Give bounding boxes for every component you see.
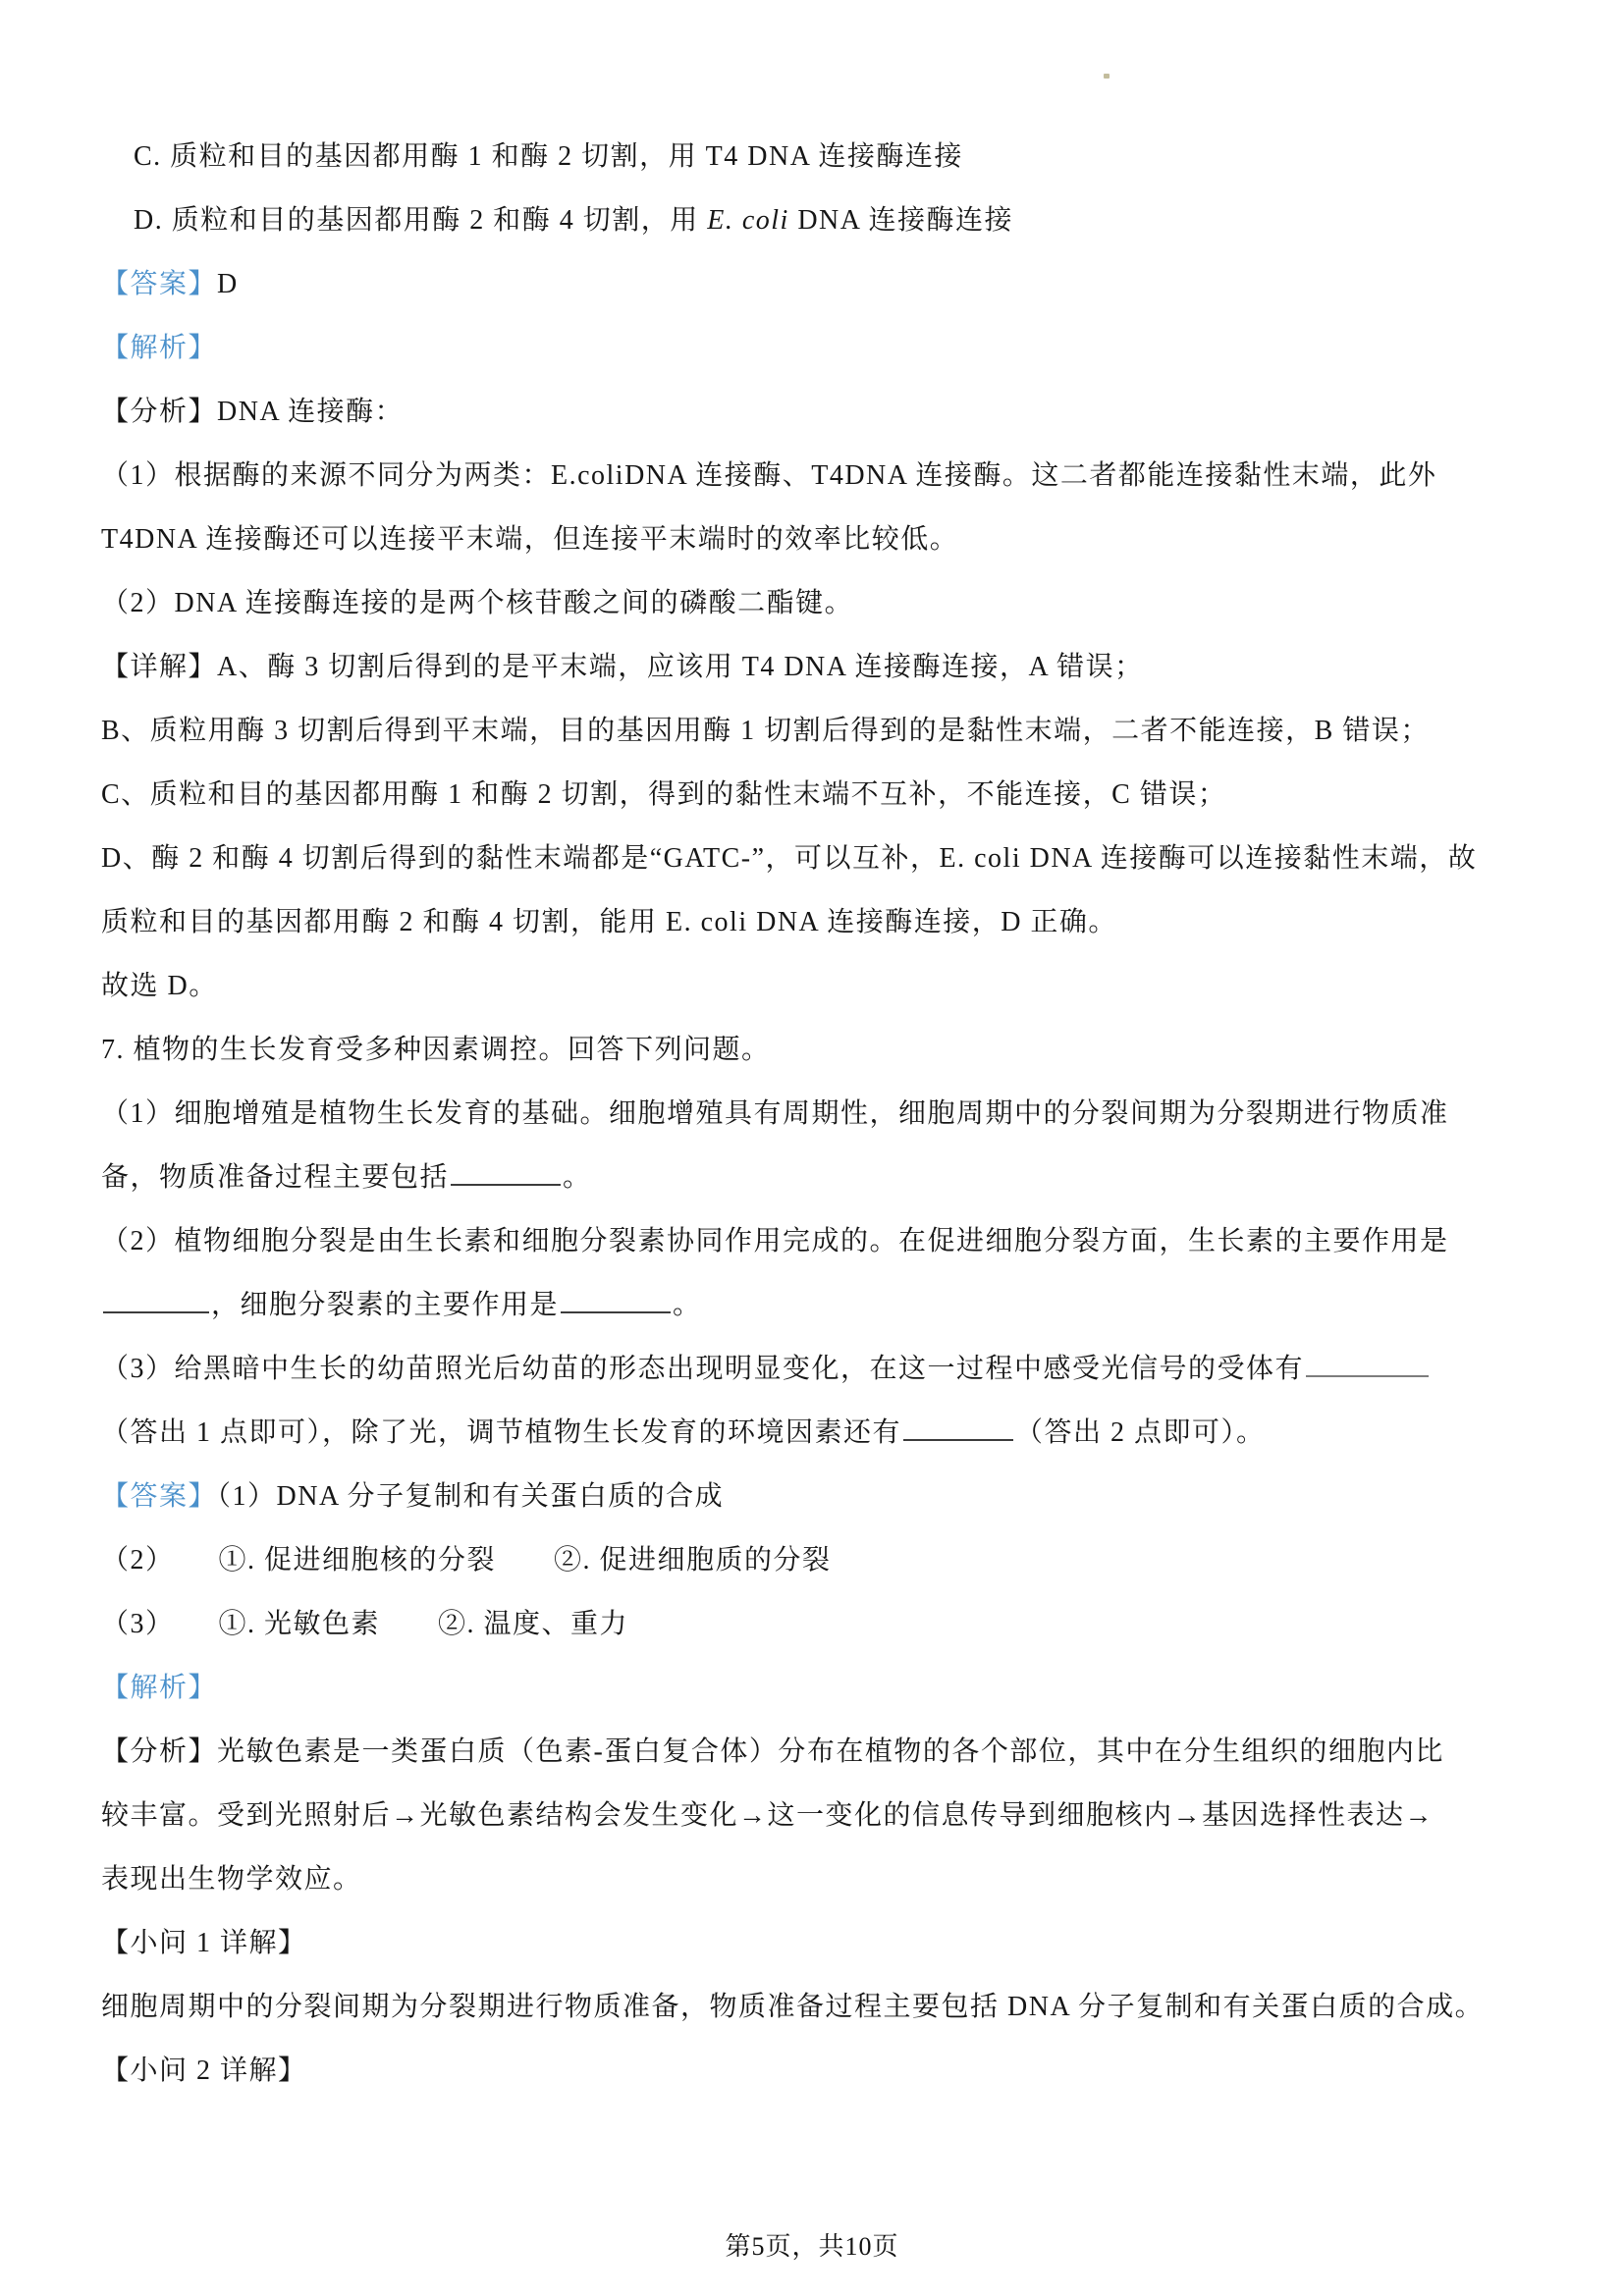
answer-marker-line: 【答案】D <box>101 252 1526 316</box>
q7-part2-cont-line: ，细胞分裂素的主要作用是。 <box>101 1273 1526 1337</box>
q7-part1-cont-line: 备，物质准备过程主要包括。 <box>101 1146 1526 1209</box>
answer-blank <box>561 1308 671 1313</box>
text-segment: （1）根据酶的来源不同分为两类：E.coliDNA 连接酶、T4DNA 连接酶。… <box>101 460 1436 491</box>
analysis-point1-cont-line: T4DNA 连接酶还可以连接平末端，但连接平末端时的效率比较低。 <box>101 507 1526 571</box>
text-segment: （1）DNA 分子复制和有关蛋白质的合成 <box>217 1481 724 1512</box>
text-segment: E. coli <box>707 205 789 236</box>
text-segment: 【分析】光敏色素是一类蛋白质（色素-蛋白复合体）分布在植物的各个部位，其中在分生… <box>101 1736 1444 1767</box>
q7-analysis-cont2-line: 表现出生物学效应。 <box>101 1847 1526 1911</box>
text-segment: D、酶 2 和酶 4 切割后得到的黏性末端都是“GATC-”，可以互补，E. c… <box>101 843 1477 874</box>
document-body: C. 质粒和目的基因都用酶 1 和酶 2 切割，用 T4 DNA 连接酶连接D.… <box>101 125 1526 2103</box>
detail-c-line: C、质粒和目的基因都用酶 1 和酶 2 切割，得到的黏性末端不互补，不能连接，C… <box>101 763 1526 827</box>
q7-answer3-line: （3） ①. 光敏色素 ②. 温度、重力 <box>101 1592 1526 1656</box>
text-segment: 细胞周期中的分裂间期为分裂期进行物质准备，物质准备过程主要包括 DNA 分子复制… <box>101 1992 1484 2022</box>
text-segment: （答出 2 点即可）。 <box>1015 1417 1266 1448</box>
text-segment: 故选 D。 <box>101 971 218 1001</box>
page: { "page": { "footer": "第5页，共10页", "accen… <box>0 0 1624 2296</box>
text-segment: （3）给黑暗中生长的幼苗照光后幼苗的形态出现明显变化，在这一过程中感受光信号的受… <box>101 1354 1304 1384</box>
text-segment: B、质粒用酶 3 切割后得到平末端，目的基因用酶 1 切割后得到的是黏性末端，二… <box>101 716 1430 746</box>
text-segment: D <box>217 269 239 299</box>
q7-part3-line: （3）给黑暗中生长的幼苗照光后幼苗的形态出现明显变化，在这一过程中感受光信号的受… <box>101 1337 1526 1401</box>
q7-part2-line: （2）植物细胞分裂是由生长素和细胞分裂素协同作用完成的。在促进细胞分裂方面，生长… <box>101 1209 1526 1273</box>
q7-analysis-cont1-line: 较丰富。受到光照射后→光敏色素结构会发生变化→这一变化的信息传导到细胞核内→基因… <box>101 1784 1526 1847</box>
analysis-marker-line: 【解析】 <box>101 316 1526 380</box>
text-segment: DNA 连接酶连接 <box>789 205 1013 236</box>
answer-blank <box>451 1180 561 1186</box>
text-segment: 【小问 2 详解】 <box>101 2056 307 2086</box>
q7-answer2-line: （2） ①. 促进细胞核的分裂 ②. 促进细胞质的分裂 <box>101 1528 1526 1592</box>
marker-label: 【答案】 <box>101 269 217 299</box>
text-segment: （2） ①. 促进细胞核的分裂 ②. 促进细胞质的分裂 <box>101 1545 832 1575</box>
detail-a-line: 【详解】A、酶 3 切割后得到的是平末端，应该用 T4 DNA 连接酶连接，A … <box>101 635 1526 699</box>
option-d-line: D. 质粒和目的基因都用酶 2 和酶 4 切割，用 E. coli DNA 连接… <box>101 188 1526 252</box>
analysis-point1-line: （1）根据酶的来源不同分为两类：E.coliDNA 连接酶、T4DNA 连接酶。… <box>101 444 1526 507</box>
analysis-point2-line: （2）DNA 连接酶连接的是两个核苷酸之间的磷酸二酯键。 <box>101 571 1526 635</box>
q7-part3-cont-line: （答出 1 点即可），除了光，调节植物生长发育的环境因素还有（答出 2 点即可）… <box>101 1401 1526 1465</box>
subq1-detail-line: 细胞周期中的分裂间期为分裂期进行物质准备，物质准备过程主要包括 DNA 分子复制… <box>101 1975 1526 2039</box>
text-segment: 表现出生物学效应。 <box>101 1864 362 1895</box>
option-c-line: C. 质粒和目的基因都用酶 1 和酶 2 切割，用 T4 DNA 连接酶连接 <box>101 125 1526 188</box>
text-segment: （2）植物细胞分裂是由生长素和细胞分裂素协同作用完成的。在促进细胞分裂方面，生长… <box>101 1226 1449 1256</box>
text-segment: D. 质粒和目的基因都用酶 2 和酶 4 切割，用 <box>134 205 707 236</box>
q7-answer-line: 【答案】（1）DNA 分子复制和有关蛋白质的合成 <box>101 1465 1526 1528</box>
answer-blank <box>903 1435 1013 1441</box>
detail-d-line: D、酶 2 和酶 4 切割后得到的黏性末端都是“GATC-”，可以互补，E. c… <box>101 827 1526 890</box>
text-segment: 。 <box>563 1162 592 1193</box>
text-segment: 。 <box>673 1290 702 1320</box>
page-footer: 第5页，共10页 <box>0 2226 1624 2263</box>
text-segment: （2）DNA 连接酶连接的是两个核苷酸之间的磷酸二酯键。 <box>101 588 853 618</box>
text-segment: C、质粒和目的基因都用酶 1 和酶 2 切割，得到的黏性末端不互补，不能连接，C… <box>101 779 1226 810</box>
answer-blank <box>103 1308 209 1313</box>
q7-analysis-line: 【分析】光敏色素是一类蛋白质（色素-蛋白复合体）分布在植物的各个部位，其中在分生… <box>101 1720 1526 1784</box>
answer-blank <box>1306 1371 1429 1377</box>
marker-label: 【解析】 <box>101 333 217 363</box>
text-segment: ，细胞分裂素的主要作用是 <box>211 1290 559 1320</box>
detail-b-line: B、质粒用酶 3 切割后得到平末端，目的基因用酶 1 切割后得到的是黏性末端，二… <box>101 699 1526 763</box>
text-segment: 【分析】DNA 连接酶： <box>101 397 404 427</box>
text-segment: T4DNA 连接酶还可以连接平末端，但连接平末端时的效率比较低。 <box>101 524 958 555</box>
text-segment: 较丰富。受到光照射后→光敏色素结构会发生变化→这一变化的信息传导到细胞核内→基因… <box>101 1800 1434 1831</box>
detail-d-cont-line: 质粒和目的基因都用酶 2 和酶 4 切割，能用 E. coli DNA 连接酶连… <box>101 890 1526 954</box>
marker-label: 【解析】 <box>101 1673 217 1703</box>
question-7-stem-line: 7. 植物的生长发育受多种因素调控。回答下列问题。 <box>101 1018 1526 1082</box>
q7-part1-line: （1）细胞增殖是植物生长发育的基础。细胞增殖具有周期性，细胞周期中的分裂间期为分… <box>101 1082 1526 1146</box>
text-segment: 备，物质准备过程主要包括 <box>101 1162 449 1193</box>
text-segment: 【详解】A、酶 3 切割后得到的是平末端，应该用 T4 DNA 连接酶连接，A … <box>101 652 1144 682</box>
scan-artifact-dot <box>1104 74 1110 79</box>
subq1-detail-marker-line: 【小问 1 详解】 <box>101 1911 1526 1975</box>
subq2-detail-marker-line: 【小问 2 详解】 <box>101 2039 1526 2103</box>
text-segment: （答出 1 点即可），除了光，调节植物生长发育的环境因素还有 <box>101 1417 901 1448</box>
q7-analysis-marker-line: 【解析】 <box>101 1656 1526 1720</box>
analysis-intro-line: 【分析】DNA 连接酶： <box>101 380 1526 444</box>
text-segment: 【小问 1 详解】 <box>101 1928 307 1958</box>
text-segment: 质粒和目的基因都用酶 2 和酶 4 切割，能用 E. coli DNA 连接酶连… <box>101 907 1117 937</box>
text-segment: （3） ①. 光敏色素 ②. 温度、重力 <box>101 1609 628 1639</box>
conclusion-line: 故选 D。 <box>101 954 1526 1018</box>
marker-label: 【答案】 <box>101 1481 217 1512</box>
text-segment: （1）细胞增殖是植物生长发育的基础。细胞增殖具有周期性，细胞周期中的分裂间期为分… <box>101 1098 1449 1129</box>
text-segment: 7. 植物的生长发育受多种因素调控。回答下列问题。 <box>101 1035 771 1065</box>
text-segment: C. 质粒和目的基因都用酶 1 和酶 2 切割，用 T4 DNA 连接酶连接 <box>134 141 963 172</box>
